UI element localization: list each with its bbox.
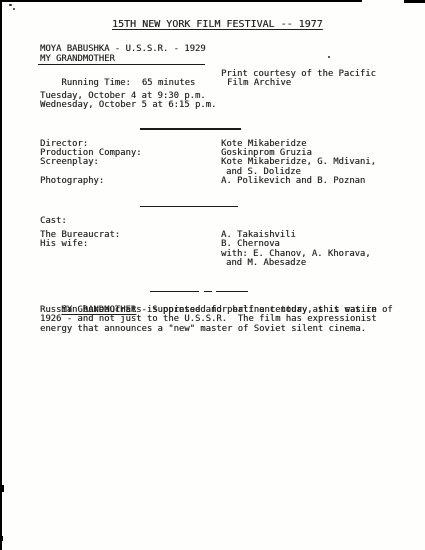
running-time-label: Running Time: — [61, 78, 130, 88]
credit-label-photography: Photography: — [40, 177, 104, 186]
scan-speckle — [328, 56, 330, 58]
cast-heading: Cast: — [40, 217, 67, 226]
scan-border-left-blob — [0, 536, 3, 541]
showtime-2: Wednesday, October 5 at 6:15 p.m. — [40, 101, 216, 110]
divider-line-1 — [140, 128, 241, 130]
running-time-value: 65 minutes — [142, 78, 195, 88]
divider-line-3-segment — [150, 291, 199, 293]
scan-speckle — [13, 8, 15, 10]
divider-line-3-segment — [204, 291, 212, 293]
cast-role-wife: His wife: — [40, 240, 88, 249]
film-title-underline — [38, 64, 205, 65]
divider-line-2 — [140, 206, 238, 208]
scan-border-top — [0, 0, 362, 2]
festival-title: 15TH NEW YORK FILM FESTIVAL -- 1977 — [112, 20, 323, 29]
synopsis-line-4: energy that announces a "new" master of … — [40, 325, 366, 334]
scan-speckle — [9, 4, 12, 6]
scan-border-left — [0, 0, 2, 550]
print-credit-line-2: Film Archive — [227, 79, 291, 88]
scan-border-left-blob — [0, 485, 4, 492]
credit-value-photography: A. Polikevich and B. Poznan — [221, 177, 365, 186]
film-english-title: MY GRANDMOTHER — [40, 55, 115, 64]
scanned-program-page: 15TH NEW YORK FILM FESTIVAL -- 1977 MOYA… — [0, 0, 425, 550]
credit-label-screenplay: Screenplay: — [40, 158, 99, 167]
divider-line-3-segment — [216, 291, 248, 293]
film-original-title: MOYA BABUSHKA - U.S.S.R. - 1929 — [40, 45, 206, 54]
scan-border-top-right-dash — [404, 0, 425, 3]
cast-with-line-2: and M. Abesadze — [226, 259, 306, 268]
